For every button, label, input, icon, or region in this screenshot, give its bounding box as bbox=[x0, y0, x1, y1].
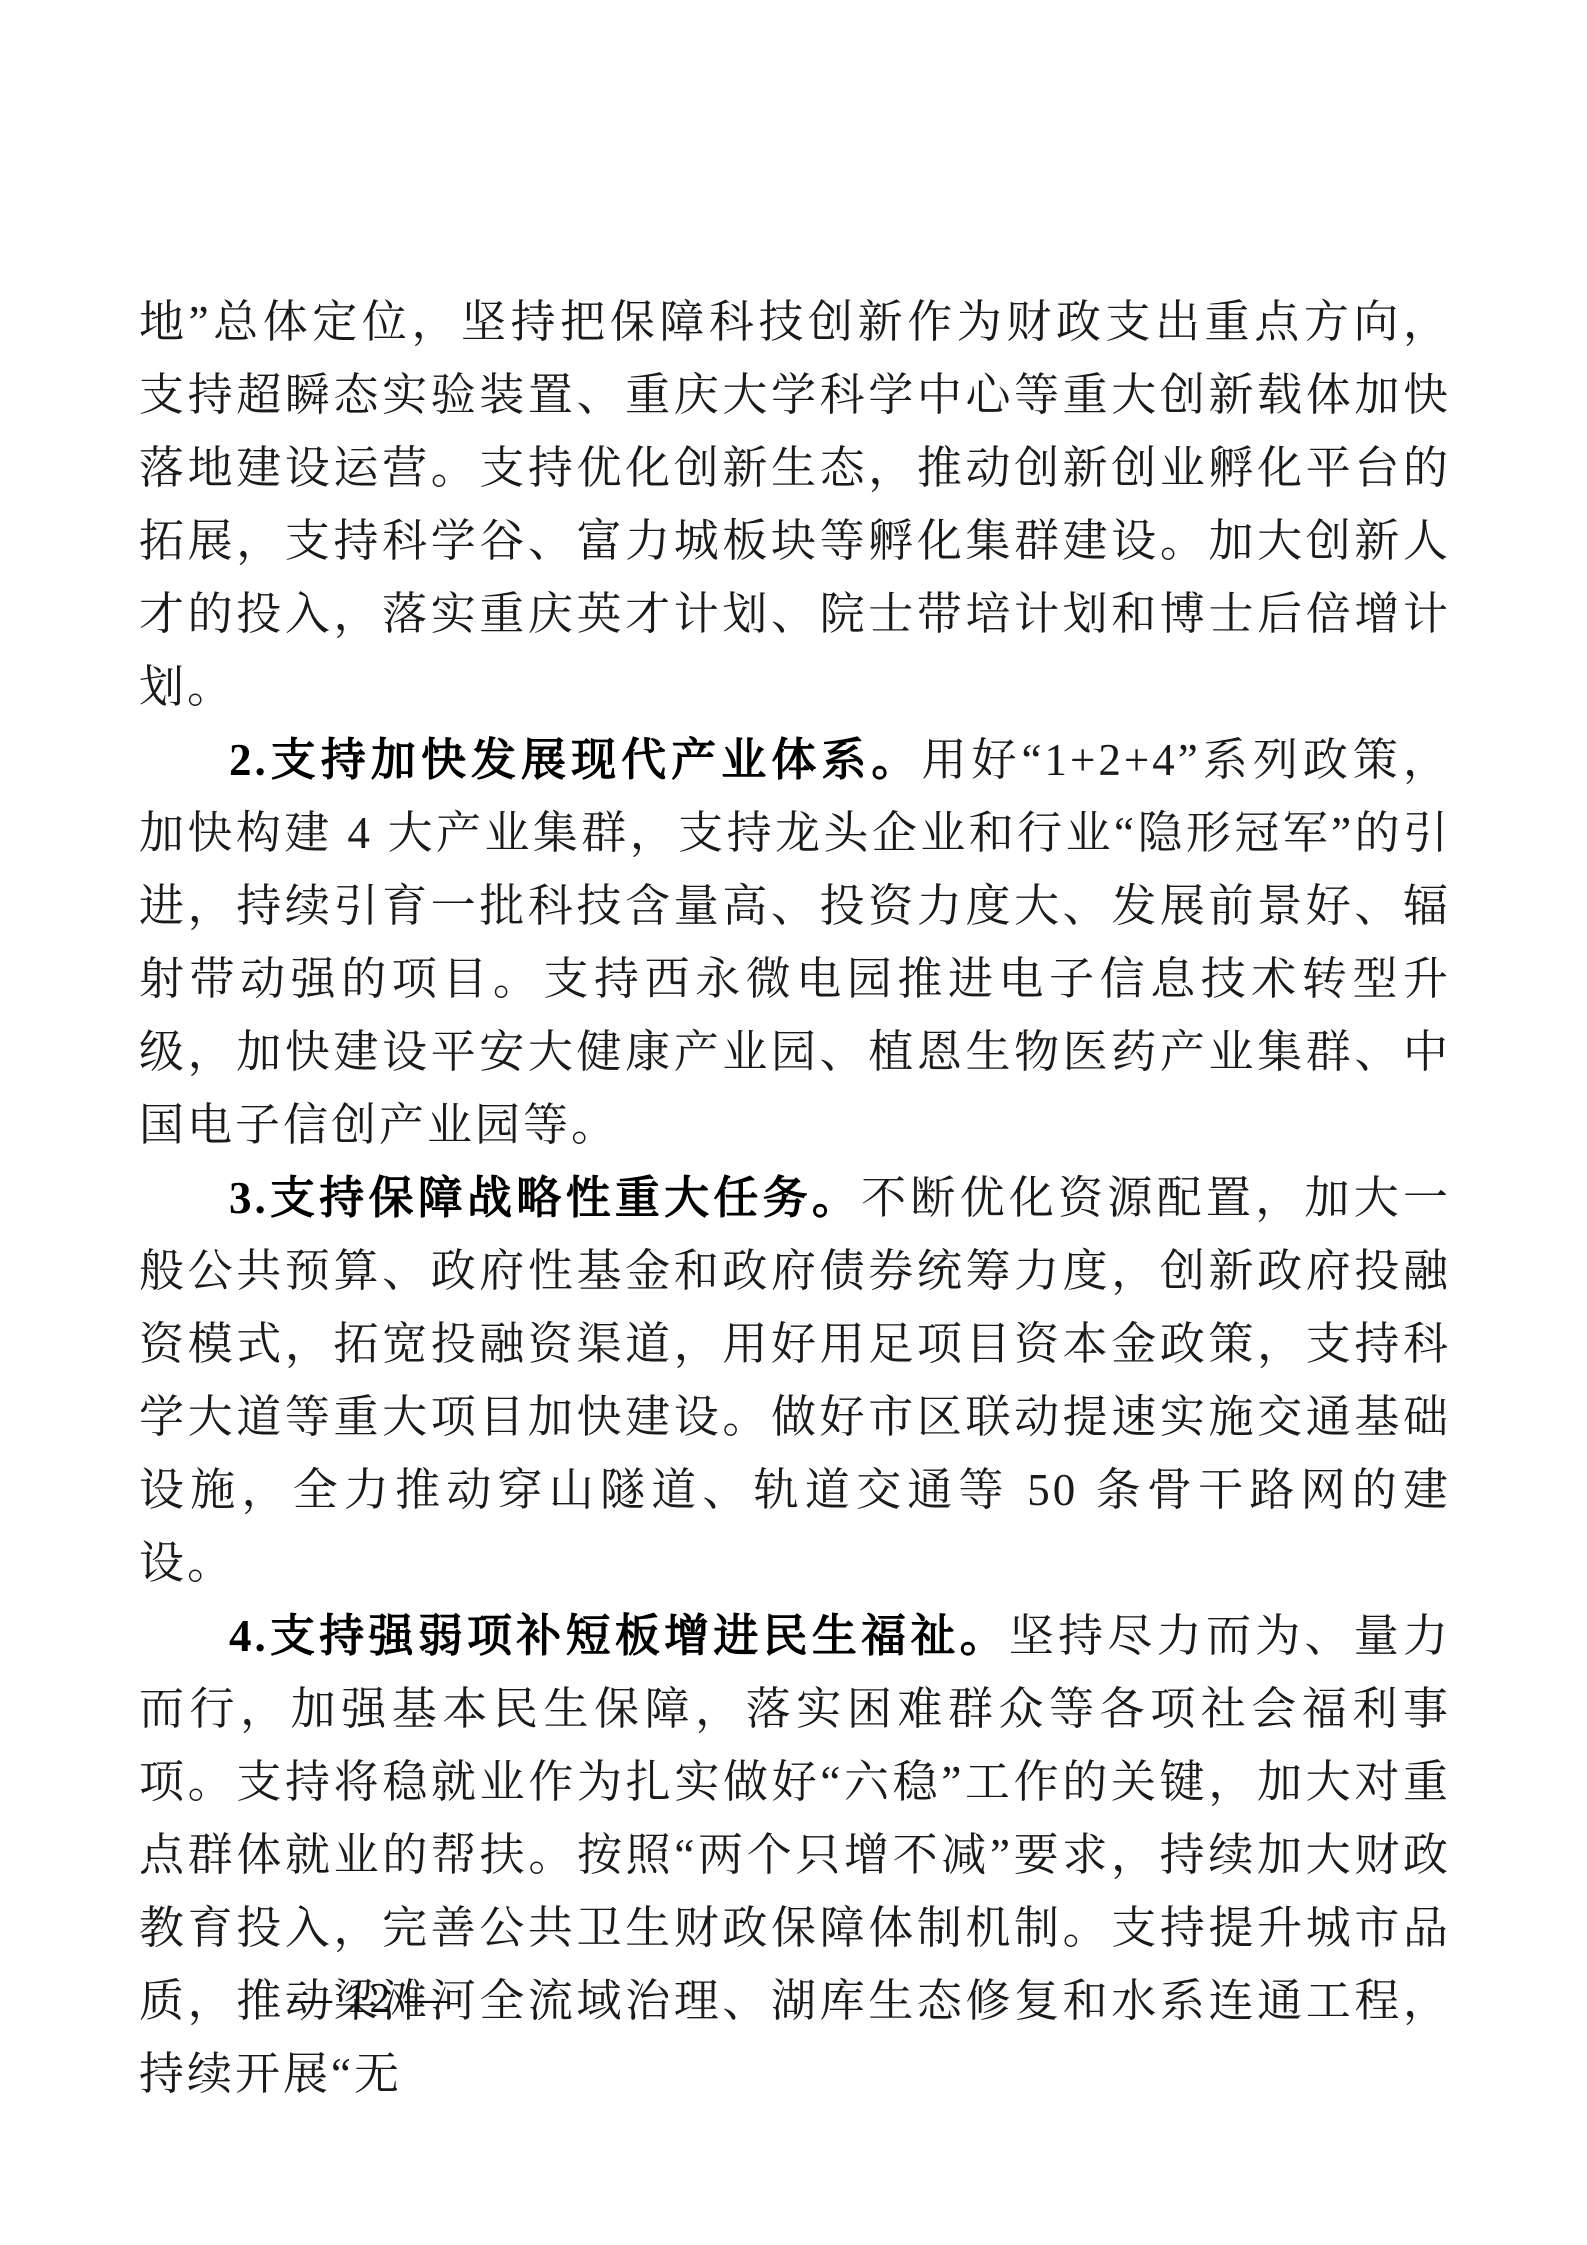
paragraph-3-heading: 3.支持保障战略性重大任务。 bbox=[229, 1173, 861, 1223]
page-number: — 12 — bbox=[290, 1975, 449, 2023]
paragraph-continuation: 地”总体定位，坚持把保障科技创新作为财政支出重点方向，支持超瞬态实验装置、重庆大… bbox=[139, 286, 1451, 724]
paragraph-4-text: 坚持尽力而为、量力而行，加强基本民生保障，落实困难群众等各项社会福利事项。支持将… bbox=[139, 1611, 1451, 2099]
paragraph-2-heading: 2.支持加快发展现代产业体系。 bbox=[229, 735, 921, 785]
document-page: 地”总体定位，坚持把保障科技创新作为财政支出重点方向，支持超瞬态实验装置、重庆大… bbox=[0, 0, 1587, 2245]
paragraph-3-text: 不断优化资源配置，加大一般公共预算、政府性基金和政府债券统筹力度，创新政府投融资… bbox=[139, 1173, 1451, 1588]
paragraph-2: 2.支持加快发展现代产业体系。用好“1+2+4”系列政策，加快构建 4 大产业集… bbox=[139, 724, 1451, 1162]
paragraph-4-heading: 4.支持强弱项补短板增进民生福祉。 bbox=[229, 1611, 1009, 1661]
paragraph-3: 3.支持保障战略性重大任务。不断优化资源配置，加大一般公共预算、政府性基金和政府… bbox=[139, 1162, 1451, 1600]
paragraph-continuation-text: 地”总体定位，坚持把保障科技创新作为财政支出重点方向，支持超瞬态实验装置、重庆大… bbox=[139, 297, 1451, 712]
document-body: 地”总体定位，坚持把保障科技创新作为财政支出重点方向，支持超瞬态实验装置、重庆大… bbox=[139, 286, 1451, 2111]
paragraph-4: 4.支持强弱项补短板增进民生福祉。坚持尽力而为、量力而行，加强基本民生保障，落实… bbox=[139, 1600, 1451, 2111]
paragraph-2-text: 用好“1+2+4”系列政策，加快构建 4 大产业集群，支持龙头企业和行业“隐形冠… bbox=[139, 735, 1451, 1150]
